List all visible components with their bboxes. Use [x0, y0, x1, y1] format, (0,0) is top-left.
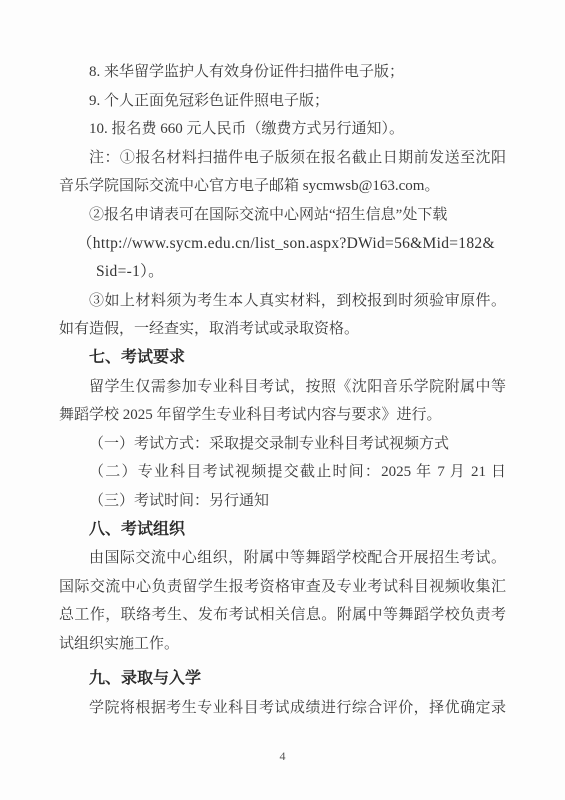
list-item: （一）考试方式：采取提交录制专业科目考试视频方式: [59, 430, 506, 459]
list-item: 9. 个人正面免冠彩色证件照电子版；: [59, 87, 506, 116]
list-item: （三）考试时间：另行通知: [59, 487, 506, 516]
paragraph-line: 国际交流中心负责留学生报考资格审查及专业考试科目视频收集汇: [59, 573, 506, 602]
note-line: ③如上材料须为考生本人真实材料，到校报到时须验审原件。: [59, 287, 506, 316]
document-body: 8. 来华留学监护人有效身份证件扫描件电子版； 9. 个人正面免冠彩色证件照电子…: [59, 58, 506, 723]
paragraph-line: 试组织实施工作。: [59, 630, 506, 659]
page-number: 4: [0, 749, 565, 764]
note-line: ②报名申请表可在国际交流中心网站“招生信息”处下载: [59, 201, 506, 230]
paragraph-line: 留学生仅需参加专业科目考试，按照《沈阳音乐学院附属中等: [59, 373, 506, 402]
paragraph-line: 总工作，联络考生、发布考试相关信息。附属中等舞蹈学校负责考: [59, 601, 506, 630]
url-line: Sid=-1）。: [59, 258, 506, 287]
list-item: （二）专业科目考试视频提交截止时间：2025 年 7 月 21 日: [59, 458, 506, 487]
url-line: （http://www.sycm.edu.cn/list_son.aspx?DW…: [59, 230, 506, 259]
paragraph-line: 由国际交流中心组织，附属中等舞蹈学校配合开展招生考试。: [59, 544, 506, 573]
note-line: 如有造假，一经查实，取消考试或录取资格。: [59, 315, 506, 344]
section-heading-admission-enrollment: 九、录取与入学: [59, 665, 506, 694]
note-line: 注：①报名材料扫描件电子版须在报名截止日期前发送至沈阳: [59, 144, 506, 173]
list-item: 10. 报名费 660 元人民币（缴费方式另行通知）。: [59, 115, 506, 144]
note-line-email: 音乐学院国际交流中心官方电子邮箱 sycmwsb@163.com。: [59, 172, 506, 201]
paragraph-line: 学院将根据考生专业科目考试成绩进行综合评价，择优确定录: [59, 694, 506, 723]
paragraph-line: 舞蹈学校 2025 年留学生专业科目考试内容与要求》进行。: [59, 401, 506, 430]
section-heading-exam-organization: 八、考试组织: [59, 516, 506, 545]
list-item: 8. 来华留学监护人有效身份证件扫描件电子版；: [59, 58, 506, 87]
section-heading-exam-requirements: 七、考试要求: [59, 344, 506, 373]
document-page: 8. 来华留学监护人有效身份证件扫描件电子版； 9. 个人正面免冠彩色证件照电子…: [0, 0, 565, 800]
